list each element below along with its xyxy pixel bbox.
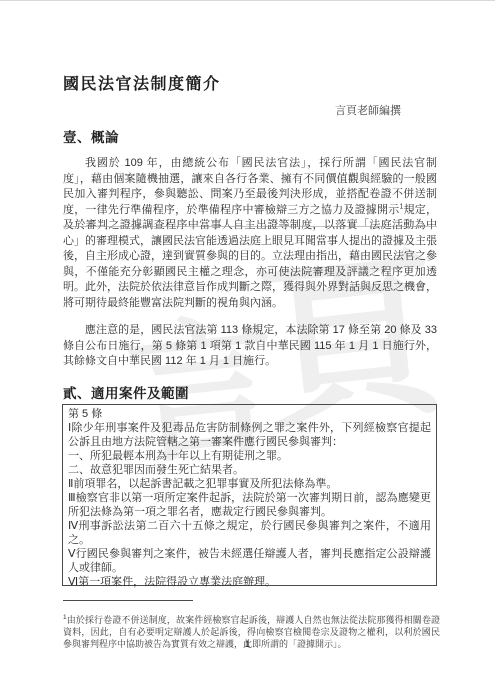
law-article-box: 第 5 條 Ⅰ除少年刑事案件及犯毒品危害防制條例之罪之案件外，下列經檢察官提起公… [62, 404, 437, 586]
law-article-line: 二、故意犯罪因而發生死亡結果者。 [68, 463, 431, 477]
law-article-line: 一、所犯最輕本刑為十年以上有期徒刑之罪。 [68, 449, 431, 463]
author-byline: 言頁老師編撰 [63, 102, 401, 118]
law-article-line: Ⅵ第一項案件，法院得設立專業法庭辦理。 [68, 575, 431, 589]
document-title: 國民法官法制度簡介 [63, 71, 221, 94]
law-article-line: Ⅳ刑事訴訟法第二百六十五條之規定，於行國民參與審判之案件，不適用之。 [68, 519, 431, 547]
page-number: 1 [0, 639, 495, 650]
effective-date-paragraph: 應注意的是，國民法官法第 113 條規定，本法除第 17 條至第 20 條及 3… [63, 323, 437, 370]
underline-artifact [63, 226, 437, 227]
law-article-title: 第 5 條 [68, 407, 431, 421]
document-page: 言 頁 國民法官法制度簡介 言頁老師編撰 壹、概論 我國於 109 年，由總統公… [0, 0, 495, 700]
intro-paragraph-text-2: 規定，及於審判之證據調查程序中當事人自主出證等制度，以落實「法庭活動為中心」的審… [63, 204, 437, 309]
law-article-line: Ⅰ除少年刑事案件及犯毒品危害防制條例之罪之案件外，下列經檢察官提起公訴且由地方法… [68, 421, 431, 449]
intro-paragraph-text-1: 我國於 109 年，由總統公布「國民法官法」，採行所謂「國民法官制度」，藉由個案… [63, 157, 437, 216]
footnote-separator [63, 600, 193, 601]
law-article-line: Ⅲ檢察官非以第一項所定案件起訴，法院於第一次審判期日前，認為應變更所犯法條為第一… [68, 491, 431, 519]
section-heading-scope: 貳、適用案件及範圍 [63, 382, 189, 402]
section-heading-overview: 壹、概論 [63, 126, 119, 146]
law-article-line: Ⅴ行國民參與審判之案件，被告未經選任辯護人者，審判長應指定公設辯護人或律師。 [68, 547, 431, 575]
law-article-line: Ⅱ前項罪名，以起訴書記載之犯罪事實及所犯法條為準。 [68, 477, 431, 491]
intro-paragraph: 我國於 109 年，由總統公布「國民法官法」，採行所謂「國民法官制度」，藉由個案… [63, 156, 437, 311]
